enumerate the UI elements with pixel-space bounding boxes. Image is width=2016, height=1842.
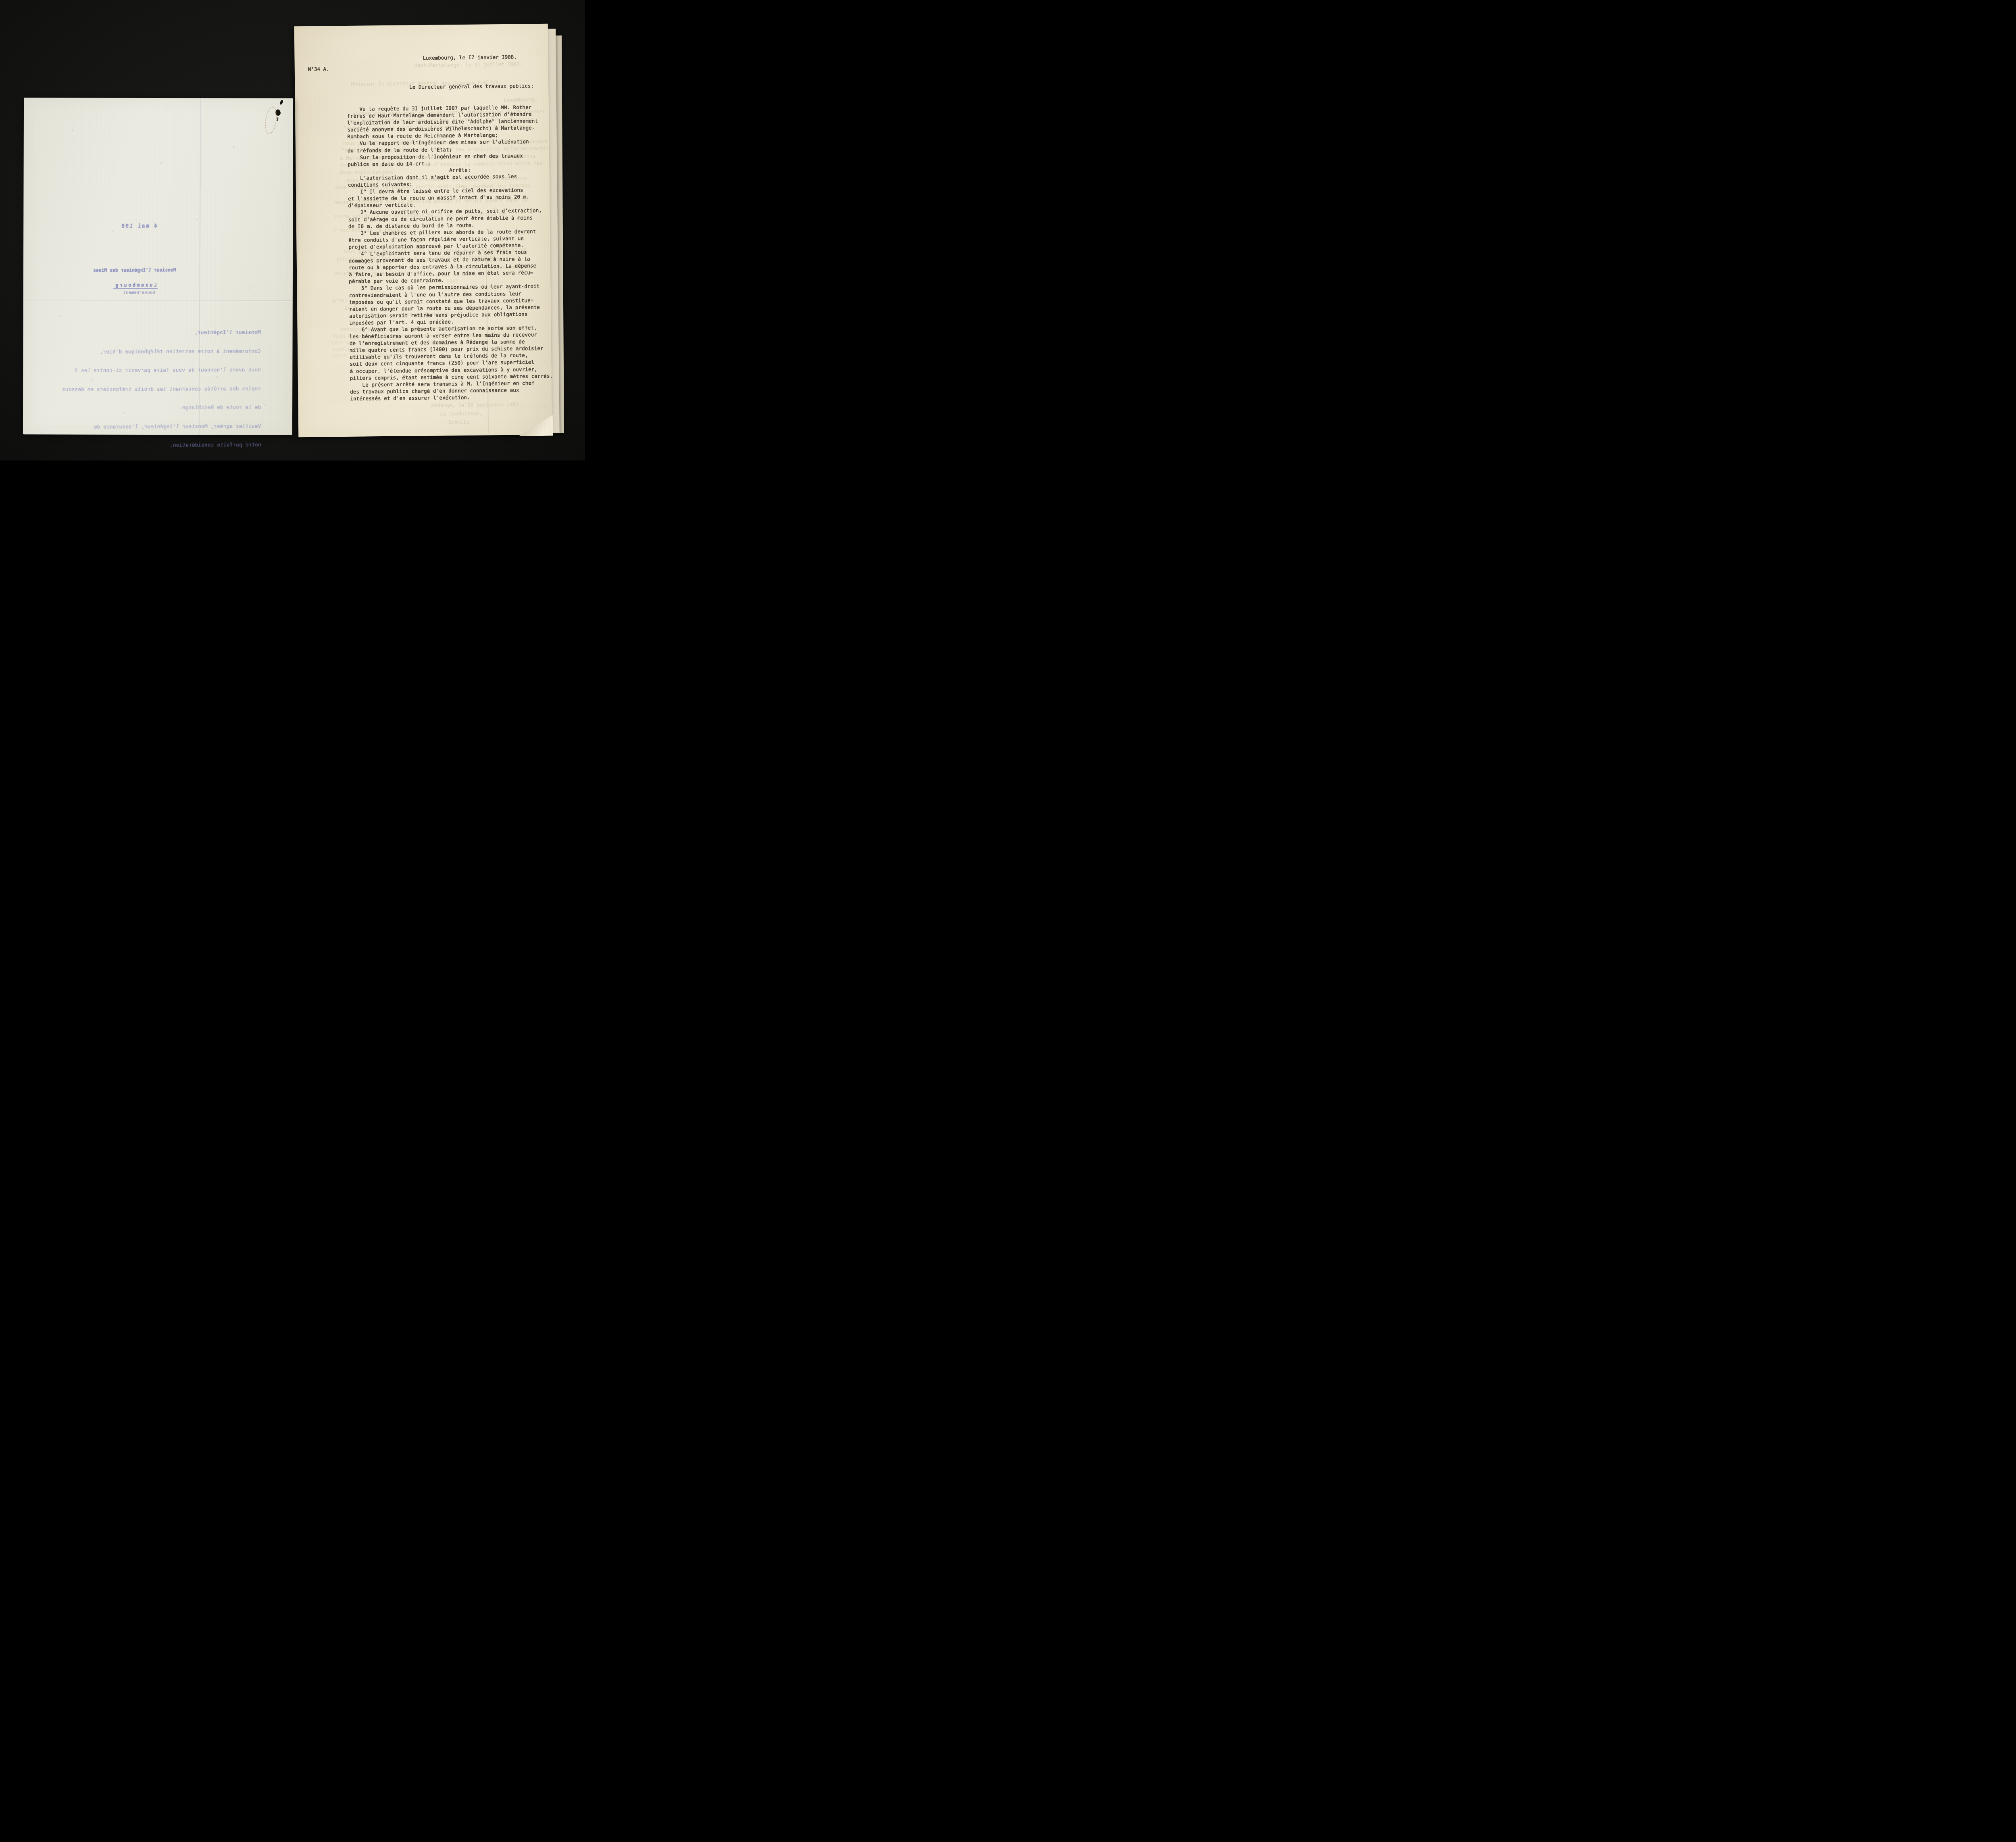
ghost-text-line: Monsieur le Directeur général des Travau… xyxy=(351,79,502,87)
ghost-text-line: Comme vous avez bien voulu par votre aut… xyxy=(356,108,545,117)
document-scan-photo: Haut-Martelange, le 3I juillet I907.Mons… xyxy=(0,0,585,460)
typed-text-line: de I0 m. de distance du bord de la route… xyxy=(348,221,558,230)
typed-text-line: les bénéficiaires auront à verser entre … xyxy=(350,331,559,340)
mirrored-text-line: notre parfaite considération. xyxy=(60,436,261,456)
mirrored-letter-body: Monsieur l'Ingénieur,Conformément à notr… xyxy=(59,323,261,456)
mirrored-text-line: Conformément à notre entretien téléphoni… xyxy=(59,342,261,362)
typed-text-line: Rombach sous la route de Reichmange à Ma… xyxy=(347,131,557,140)
mirrored-text-line: Monsieur l'Ingénieur, xyxy=(59,323,260,343)
ghost-text-line: Schmitz. xyxy=(448,419,473,425)
typed-text-line: frères de Haut-Martelange demandent l'au… xyxy=(347,110,557,120)
typed-text-line: l'exploitation de leur ardoisière dite "… xyxy=(347,117,557,127)
ghost-text-line: roche solide, à une profondeur de 25 mèt… xyxy=(334,211,506,219)
typed-text-line: Vu la requête du 3I juillet I907 par laq… xyxy=(347,104,557,113)
typed-text-line: pérable par voie de contrainte. xyxy=(349,276,558,285)
typed-text-line: imposées par l'art. 4 qui précède. xyxy=(349,317,559,326)
ghost-text-line: Le Conducteur, xyxy=(440,410,483,417)
ghost-text-line: deux exploitations. xyxy=(339,169,396,175)
ink-speckles xyxy=(24,98,25,98)
typed-text-line: raient un danger pour la route ou ses dé… xyxy=(349,303,559,313)
ghost-text-line: ther par disposition du 20. 8. I906 xyxy=(331,339,437,346)
typed-text-line: I° Il devra être laissé entre le ciel de… xyxy=(348,186,558,196)
ghost-text-line: tion qu'une autorisation analogue a été … xyxy=(333,331,510,340)
mirrored-government-line: Gouvernement xyxy=(123,290,155,295)
ghost-text-line: 5 août I907 xyxy=(425,278,458,285)
ink-blot xyxy=(274,108,282,117)
typed-text-line: à faire, au besoin d'office, pour la mis… xyxy=(349,269,558,278)
typed-text-line: du tréfonds de la route de l'Etat; xyxy=(348,145,557,154)
typed-text-line: autorisation serait retirée sans préjudi… xyxy=(349,310,559,319)
ghost-text-line: nous permettons de demander la même perm… xyxy=(343,138,548,146)
ghost-text-line: salutations respectueuses. xyxy=(335,269,413,276)
typed-text-line: projet d'exploitation approuvé par l'aut… xyxy=(348,241,558,250)
mirrored-text-line: nous avons l'honneur de vous faire parve… xyxy=(59,361,261,381)
mirrored-date-line: 4 mai 198 xyxy=(101,223,157,230)
typed-text-line: Arrête: xyxy=(348,165,557,175)
paper-crease xyxy=(486,248,488,433)
typed-text-line: soit deux cent cinquante francs (250) po… xyxy=(350,358,559,368)
typed-text-line: Le présent arrêté sera transmis à M. l'I… xyxy=(350,379,560,388)
ghost-text-line: à Martelange-Rombach, dont la situation … xyxy=(340,153,535,161)
ink-blot xyxy=(279,100,283,105)
ghost-text-line: jeurs aux propriétés ardoisières de xyxy=(331,352,437,359)
typed-text-line: Vu le rapport de l'Ingénieur des mines s… xyxy=(348,138,557,147)
typed-text-line: soit d'aérage ou de circulation ne peut … xyxy=(348,214,558,223)
ghost-text-line: aucune influence sur la sécurité puisqu'… xyxy=(335,197,527,205)
bleedthrough-text-layer: Haut-Martelange, le 3I juillet I907.Mons… xyxy=(294,24,552,438)
typed-text-line: à occuper, l'étendue présomptive des exc… xyxy=(350,365,560,375)
ink-blot xyxy=(277,117,279,121)
ghost-text-line: attendant veuillez recevoir avec nos rem… xyxy=(336,254,496,262)
typed-text-line: 2° Aucune ouverture ni orifice de puits,… xyxy=(348,207,558,216)
typed-text-line: L'autorisation dont il s'agit est accord… xyxy=(348,172,558,181)
typed-text-line: dommages provenant de ses travaux et de … xyxy=(349,255,558,265)
typed-text-line: conditions suivantes: xyxy=(348,179,558,189)
ghost-text-line: Arrondissement de Diekirch. xyxy=(371,311,452,318)
typed-text-line: 5° Dans le cas où les permissionnaires o… xyxy=(349,283,558,292)
ghost-text-line: "Augusta" sous la route de l'Etat de Rei… xyxy=(344,123,524,131)
right-document-page: Haut-Martelange, le 3I juillet I907.Mons… xyxy=(294,24,552,438)
mirrored-addressee-line: Monsieur l'Ingénieur des Mines xyxy=(93,267,176,273)
typed-text-line: Sur la proposition de l'Ingénieur en che… xyxy=(348,152,557,161)
mirrored-address-block: Monsieur l'Ingénieur des Mines Luxembour… xyxy=(97,267,176,299)
typed-text-line: et l'assiette de la route un massif inta… xyxy=(348,193,558,202)
typed-text-line: intéressés et d'en assurer l'exécution. xyxy=(350,393,560,402)
ghost-text-line: sous lesquelles ce passage pourra avoir … xyxy=(335,182,530,190)
folded-corner xyxy=(518,415,553,436)
ghost-text-line: Luxembourg, le 3I août I907. xyxy=(418,257,502,264)
mirrored-text-line: Veuillez agréer, Monsieur l'Ingénieur, l… xyxy=(60,417,261,437)
typed-text-line: être conduits d'une façon régulière vert… xyxy=(348,234,558,244)
ghost-text-line: sous vous prions de faire examiner et ét… xyxy=(347,175,527,183)
ghost-text-line: Le Directeur général des travaux publics… xyxy=(409,263,532,271)
typed-text-line: de l'enregistrement et des domaines à Ré… xyxy=(350,338,559,347)
ghost-text-line: nous pensons que vous ferez bon acceuil … xyxy=(343,246,527,254)
horizontal-fold-crease xyxy=(23,300,293,301)
typed-text-line: 3° Les chambres et piliers aux abords de… xyxy=(348,227,558,237)
mirrored-text-line: copies des arrêtés concernant les droits… xyxy=(59,379,261,399)
ghost-text-line: pour nous permettre de pousser les trava… xyxy=(347,116,533,124)
typed-text-line: imposées ou qu'il serait constaté que le… xyxy=(349,296,559,306)
rust-stain-ring xyxy=(263,106,279,135)
ghost-text-line: traverser la dite route en vue d'établir… xyxy=(341,160,542,168)
ghost-text-line: Charles de Waha. xyxy=(429,271,477,278)
mirrored-text-line: de la route de Reichlange. xyxy=(59,398,261,418)
addressee-line: Le Directeur général des travaux publics… xyxy=(409,83,534,90)
vertical-fold-crease xyxy=(199,98,201,435)
typed-text-line: 4° L'exploitantt sera tenu de réparer à … xyxy=(349,248,558,257)
typed-text-line: des travaux publics chargé d'en donner c… xyxy=(350,386,560,395)
typed-text-line: d'épaisseur verticale. xyxy=(348,200,558,209)
typed-text-line: mille quatre cents francs (I400) pour pr… xyxy=(350,345,559,354)
ghost-text-line: l'assiette de la route. xyxy=(333,227,403,234)
ghost-text-line: "Adolf" (anciennement société anonyme de… xyxy=(342,145,549,153)
typed-text-line: piliers compris, étant estimée à cinq ce… xyxy=(350,372,560,381)
typed-text-line: société anonyme des ardoisières Wilhelms… xyxy=(347,124,557,133)
decree-body-text: Vu la requête du 3I juillet I907 par laq… xyxy=(347,104,560,402)
ghost-text-line: N°957 xyxy=(333,298,348,304)
ghost-text-line: Retourné à Monsieur l'Ingénieur d'arrond… xyxy=(340,324,523,332)
typed-text-line: publics en date du I4 crt.; xyxy=(348,158,557,168)
typed-text-line: contreviendraient à l'une ou l'autre des… xyxy=(349,290,559,299)
left-document-page: 4 mai 198 Monsieur l'Ingénieur des Mines… xyxy=(23,98,293,435)
ghost-text-line: Le 5. 8. 07 xyxy=(345,304,378,311)
ghost-text-line: l'Ingénieur en chef xyxy=(440,284,498,291)
ghost-text-line: Luxembourg. xyxy=(504,96,537,103)
reference-number: N°34 A. xyxy=(308,66,329,72)
letter-date: Luxembourg, le I7 janvier I908. xyxy=(423,54,516,61)
mirrored-city-line: Luxembourg xyxy=(113,282,158,289)
typed-text-line: utilisable qu'ils trouveront dans le tré… xyxy=(350,352,559,361)
typed-text-line: 6° Avant que la présente autorisation ne… xyxy=(349,324,559,333)
ghost-text-line: Haut-Martelange, le 3I juillet I907. xyxy=(414,61,523,68)
ghost-text-line: ouvrir des passages sous la route xyxy=(332,345,431,352)
ghost-text-line: Rédange, le 26 septembre I907. xyxy=(431,401,521,408)
typed-text-line: route ou à apporter des entraves à la ci… xyxy=(349,262,558,271)
